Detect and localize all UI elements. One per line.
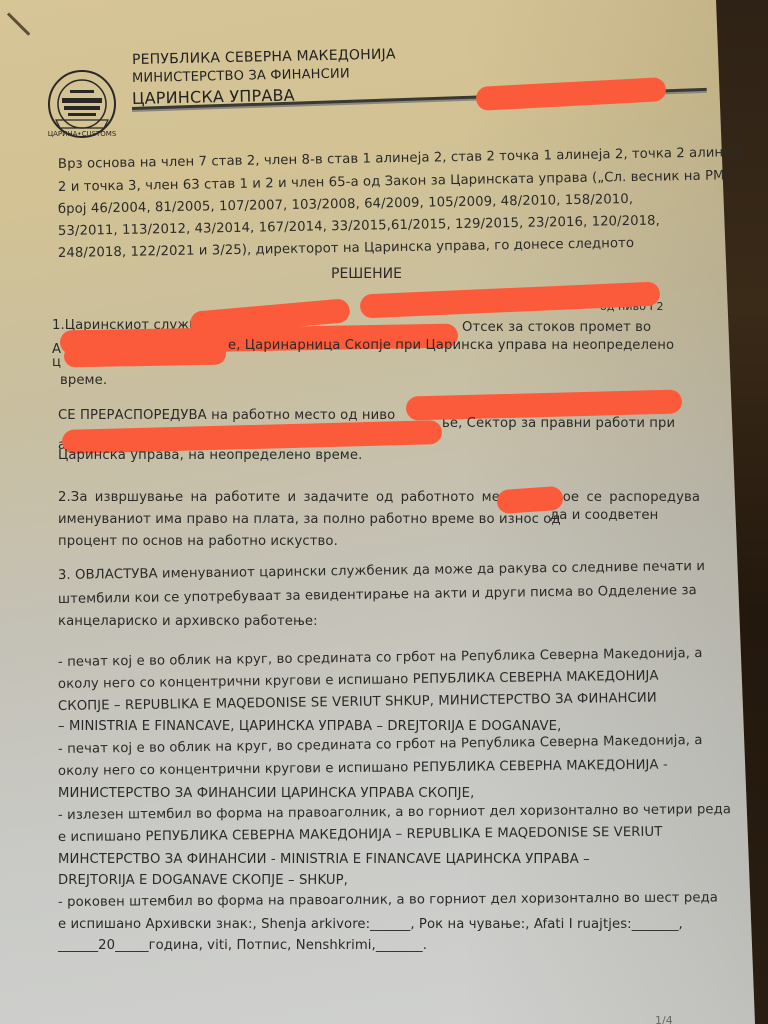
section3-line: штембили кои се употребуваат за евиденти… bbox=[58, 583, 697, 607]
stamp-item-line: СКОПЈЕ – REPUBLIKA E MAQEDONISE SE VERIU… bbox=[58, 691, 657, 714]
stamp-item-line: - излезен штембил во форма на правоаголн… bbox=[58, 802, 731, 823]
stamp-item-line: - роковен штембил во форма на правоаголн… bbox=[58, 890, 718, 910]
header-ministry: МИНИСТЕРСТВО ЗА ФИНАНСИИ bbox=[132, 66, 350, 86]
section1-line2-right: Отсек за стоков промет во bbox=[462, 320, 651, 335]
stamp-item-line: околу него со концентрични кругови е исп… bbox=[58, 758, 668, 779]
section2-line3: процент по основ на работно искуство. bbox=[58, 534, 338, 549]
stamp-item-line: МИНИСТЕРСТВО ЗА ФИНАНСИИ ЦАРИНСКА УПРАВА… bbox=[58, 786, 474, 801]
section1-line3-right: е, Царинарница Скопје при Царинска управ… bbox=[228, 338, 674, 353]
preamble-line: број 46/2004, 81/2005, 107/2007, 103/200… bbox=[58, 192, 633, 217]
section1-line4: време. bbox=[60, 373, 107, 388]
section2-line1: 2.За извршување на работите и задачите о… bbox=[58, 490, 700, 505]
stamp-item-line: – MINISTRIA E FINANCAVE, ЦАРИНСКА УПРАВА… bbox=[58, 719, 561, 734]
svg-text:ЦАРИНА•CUSTOMS: ЦАРИНА•CUSTOMS bbox=[48, 130, 117, 138]
page-number: 1/4 bbox=[655, 1014, 673, 1024]
stamp-item-line: МИНСТЕРСТВО ЗА ФИНАНСИИ - MINISTRIA E FI… bbox=[58, 852, 590, 867]
document: ЦАРИНА•CUSTOMS РЕПУБЛИКА СЕВЕРНА МАКЕДОН… bbox=[0, 0, 768, 1024]
redaction-salary bbox=[496, 486, 564, 515]
preamble-line: Врз основа на член 7 став 2, член 8-в ст… bbox=[58, 145, 744, 172]
stamp-item-line: е испишано РЕПУБЛИКА СЕВЕРНА МАКЕДОНИЈА … bbox=[58, 825, 663, 845]
stamp-item-line: е испишано Архивски знак:, Shenja arkivo… bbox=[58, 917, 683, 932]
section3-line: канцелариско и архивско работење: bbox=[58, 614, 318, 629]
stamp-item-line: - печат кој е во облик на круг, во среди… bbox=[58, 733, 703, 757]
redaction-reference bbox=[476, 77, 667, 111]
section3-line: 3. ОВЛАСТУВА именуваниот царински службе… bbox=[58, 559, 705, 583]
section1-line3-left: ц bbox=[52, 355, 61, 370]
stamp-item-line: DREJTORIJA E DOGANAVE СКОПЈЕ – SHKUP, bbox=[58, 873, 348, 888]
document-title: РЕШЕНИЕ bbox=[331, 266, 402, 282]
section1b-line3: Царинска управа, на неопределено време. bbox=[58, 448, 362, 463]
section1b-line2-right: ье, Сектор за правни работи при bbox=[442, 416, 675, 431]
redaction-unit bbox=[64, 343, 226, 368]
stamp-item-line: околу него со концентрични кругови е исп… bbox=[58, 669, 659, 692]
stamp-item-line: - печат кој е во облик на круг, во среди… bbox=[58, 646, 703, 670]
header-country: РЕПУБЛИКА СЕВЕРНА МАКЕДОНИЈА bbox=[132, 46, 396, 68]
section1b-line1: СЕ ПРЕРАСПОРЕДУВА на работно место од ни… bbox=[58, 408, 395, 423]
preamble-line: 53/2011, 113/2012, 43/2014, 167/2014, 33… bbox=[58, 213, 660, 239]
section2-line2-right: да и соодветен bbox=[550, 508, 658, 523]
preamble-line: 2 и точка 3, член 63 став 1 и 2 и член 6… bbox=[58, 168, 732, 195]
stamp-item-line: ______20_____година, viti, Потпис, Nensh… bbox=[58, 938, 427, 953]
staple-icon bbox=[7, 12, 30, 35]
preamble-line: 248/2018, 122/2021 и 3/25), директорот н… bbox=[58, 236, 634, 261]
section2-line2-left: именуваниот има право на плата, за полно… bbox=[58, 512, 561, 527]
customs-emblem-icon: ЦАРИНА•CUSTOMS bbox=[46, 68, 118, 140]
